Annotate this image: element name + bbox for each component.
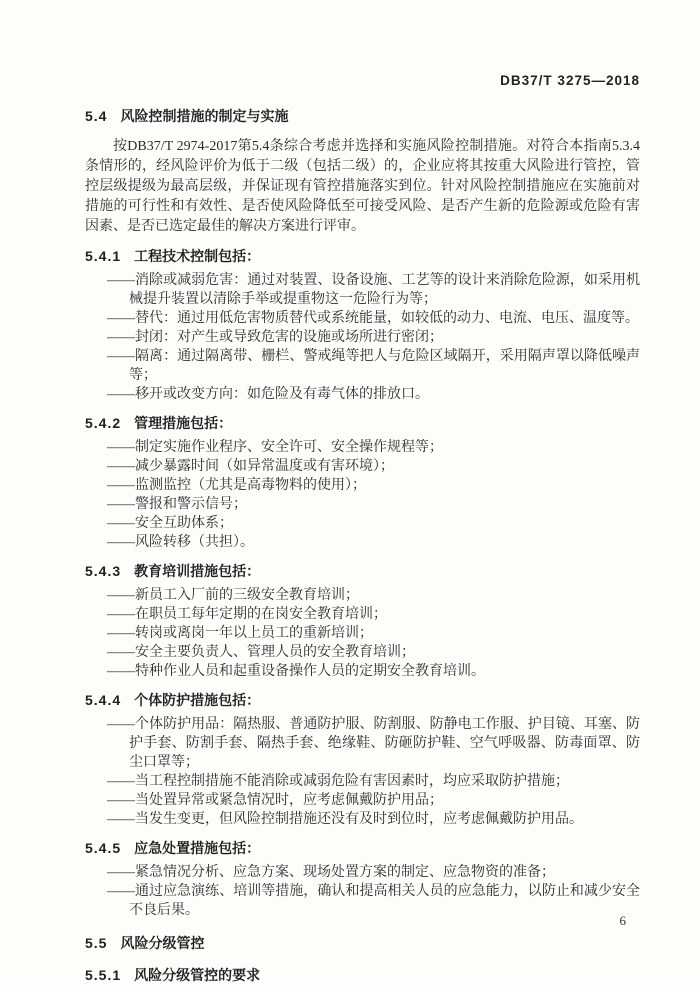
bullet-list-5-4-4: ——个体防护用品：隔热服、普通防护服、防割服、防静电工作服、护目镜、耳塞、防护手… <box>85 715 640 829</box>
list-item: ——封闭：对产生或导致危害的设施或场所进行密闭； <box>85 328 640 347</box>
list-item: ——特种作业人员和起重设备操作人员的定期安全教育培训。 <box>85 662 640 681</box>
list-item: ——安全主要负责人、管理人员的安全教育培训； <box>85 643 640 662</box>
list-item: ——个体防护用品：隔热服、普通防护服、防割服、防静电工作服、护目镜、耳塞、防护手… <box>85 715 640 772</box>
section-title: 风险控制措施的制定与实施 <box>120 108 288 124</box>
list-item: ——警报和警示信号； <box>85 495 640 514</box>
list-item: ——在职员工每年定期的在岗安全教育培训； <box>85 605 640 624</box>
list-item: ——新员工入厂前的三级安全教育培训； <box>85 586 640 605</box>
section-number: 5.5 <box>85 935 107 951</box>
document-page: DB37/T 3275—2018 5.4风险控制措施的制定与实施 按DB37/T… <box>0 0 700 990</box>
section-number: 5.4.4 <box>85 692 121 708</box>
list-item: ——安全互助体系； <box>85 514 640 533</box>
list-item: ——当发生变更，但风险控制措施还没有及时到位时，应考虑佩戴防护用品。 <box>85 810 640 829</box>
section-number: 5.4 <box>85 108 107 124</box>
list-item: ——隔离：通过隔离带、栅栏、警戒绳等把人与危险区域隔开，采用隔声罩以降低噪声等； <box>85 347 640 385</box>
section-title: 工程技术控制包括： <box>134 248 260 264</box>
section-title: 教育培训措施包括： <box>134 563 260 579</box>
section-number: 5.4.1 <box>85 248 121 264</box>
section-heading-5-5: 5.5风险分级管控 <box>85 934 640 952</box>
section-title: 风险分级管控 <box>120 935 204 951</box>
list-item: ——制定实施作业程序、安全许可、安全操作规程等； <box>85 438 640 457</box>
bullet-list-5-4-3: ——新员工入厂前的三级安全教育培训； ——在职员工每年定期的在岗安全教育培训； … <box>85 586 640 681</box>
list-item: ——监测监控（尤其是高毒物料的使用）； <box>85 476 640 495</box>
list-item: ——替代：通过用低危害物质替代或系统能量，如较低的动力、电流、电压、温度等。 <box>85 309 640 328</box>
list-item: ——当处置异常或紧急情况时，应考虑佩戴防护用品； <box>85 791 640 810</box>
list-item: ——紧急情况分析、应急方案、现场处置方案的制定、应急物资的准备； <box>85 863 640 882</box>
section-title: 应急处置措施包括： <box>134 840 260 856</box>
list-item: ——通过应急演练、培训等措施，确认和提高相关人员的应急能力，以防止和减少安全不良… <box>85 882 640 920</box>
list-item: ——转岗或离岗一年以上员工的重新培训； <box>85 624 640 643</box>
section-heading-5-4: 5.4风险控制措施的制定与实施 <box>85 107 640 125</box>
paragraph-5-4: 按DB37/T 2974-2017第5.4条综合考虑并选择和实施风险控制措施。对… <box>85 137 640 237</box>
list-item: ——消除或减弱危害：通过对装置、设备设施、工艺等的设计来消除危险源，如采用机械提… <box>85 271 640 309</box>
section-title: 管理措施包括： <box>134 415 232 431</box>
section-heading-5-4-2: 5.4.2管理措施包括： <box>85 414 640 432</box>
bullet-list-5-4-5: ——紧急情况分析、应急方案、现场处置方案的制定、应急物资的准备； ——通过应急演… <box>85 863 640 920</box>
section-number: 5.4.5 <box>85 840 121 856</box>
section-number: 5.4.2 <box>85 415 121 431</box>
doc-header: DB37/T 3275—2018 <box>85 73 640 89</box>
list-item: ——风险转移（共担）。 <box>85 533 640 552</box>
page-number: 6 <box>620 913 627 929</box>
section-heading-5-5-1: 5.5.1风险分级管控的要求 <box>85 966 640 984</box>
section-title: 风险分级管控的要求 <box>134 967 260 983</box>
bullet-list-5-4-2: ——制定实施作业程序、安全许可、安全操作规程等； ——减少暴露时间（如异常温度或… <box>85 438 640 552</box>
section-heading-5-4-3: 5.4.3教育培训措施包括： <box>85 562 640 580</box>
section-number: 5.4.3 <box>85 563 121 579</box>
doc-code: DB37/T 3275—2018 <box>500 73 640 88</box>
section-number: 5.5.1 <box>85 967 121 983</box>
list-item: ——减少暴露时间（如异常温度或有害环境）； <box>85 457 640 476</box>
section-heading-5-4-1: 5.4.1工程技术控制包括： <box>85 247 640 265</box>
section-title: 个体防护措施包括： <box>134 692 260 708</box>
section-heading-5-4-4: 5.4.4个体防护措施包括： <box>85 691 640 709</box>
bullet-list-5-4-1: ——消除或减弱危害：通过对装置、设备设施、工艺等的设计来消除危险源，如采用机械提… <box>85 271 640 404</box>
list-item: ——当工程控制措施不能消除或减弱危险有害因素时，均应采取防护措施； <box>85 772 640 791</box>
list-item: ——移开或改变方向：如危险及有毒气体的排放口。 <box>85 385 640 404</box>
section-heading-5-4-5: 5.4.5应急处置措施包括： <box>85 839 640 857</box>
